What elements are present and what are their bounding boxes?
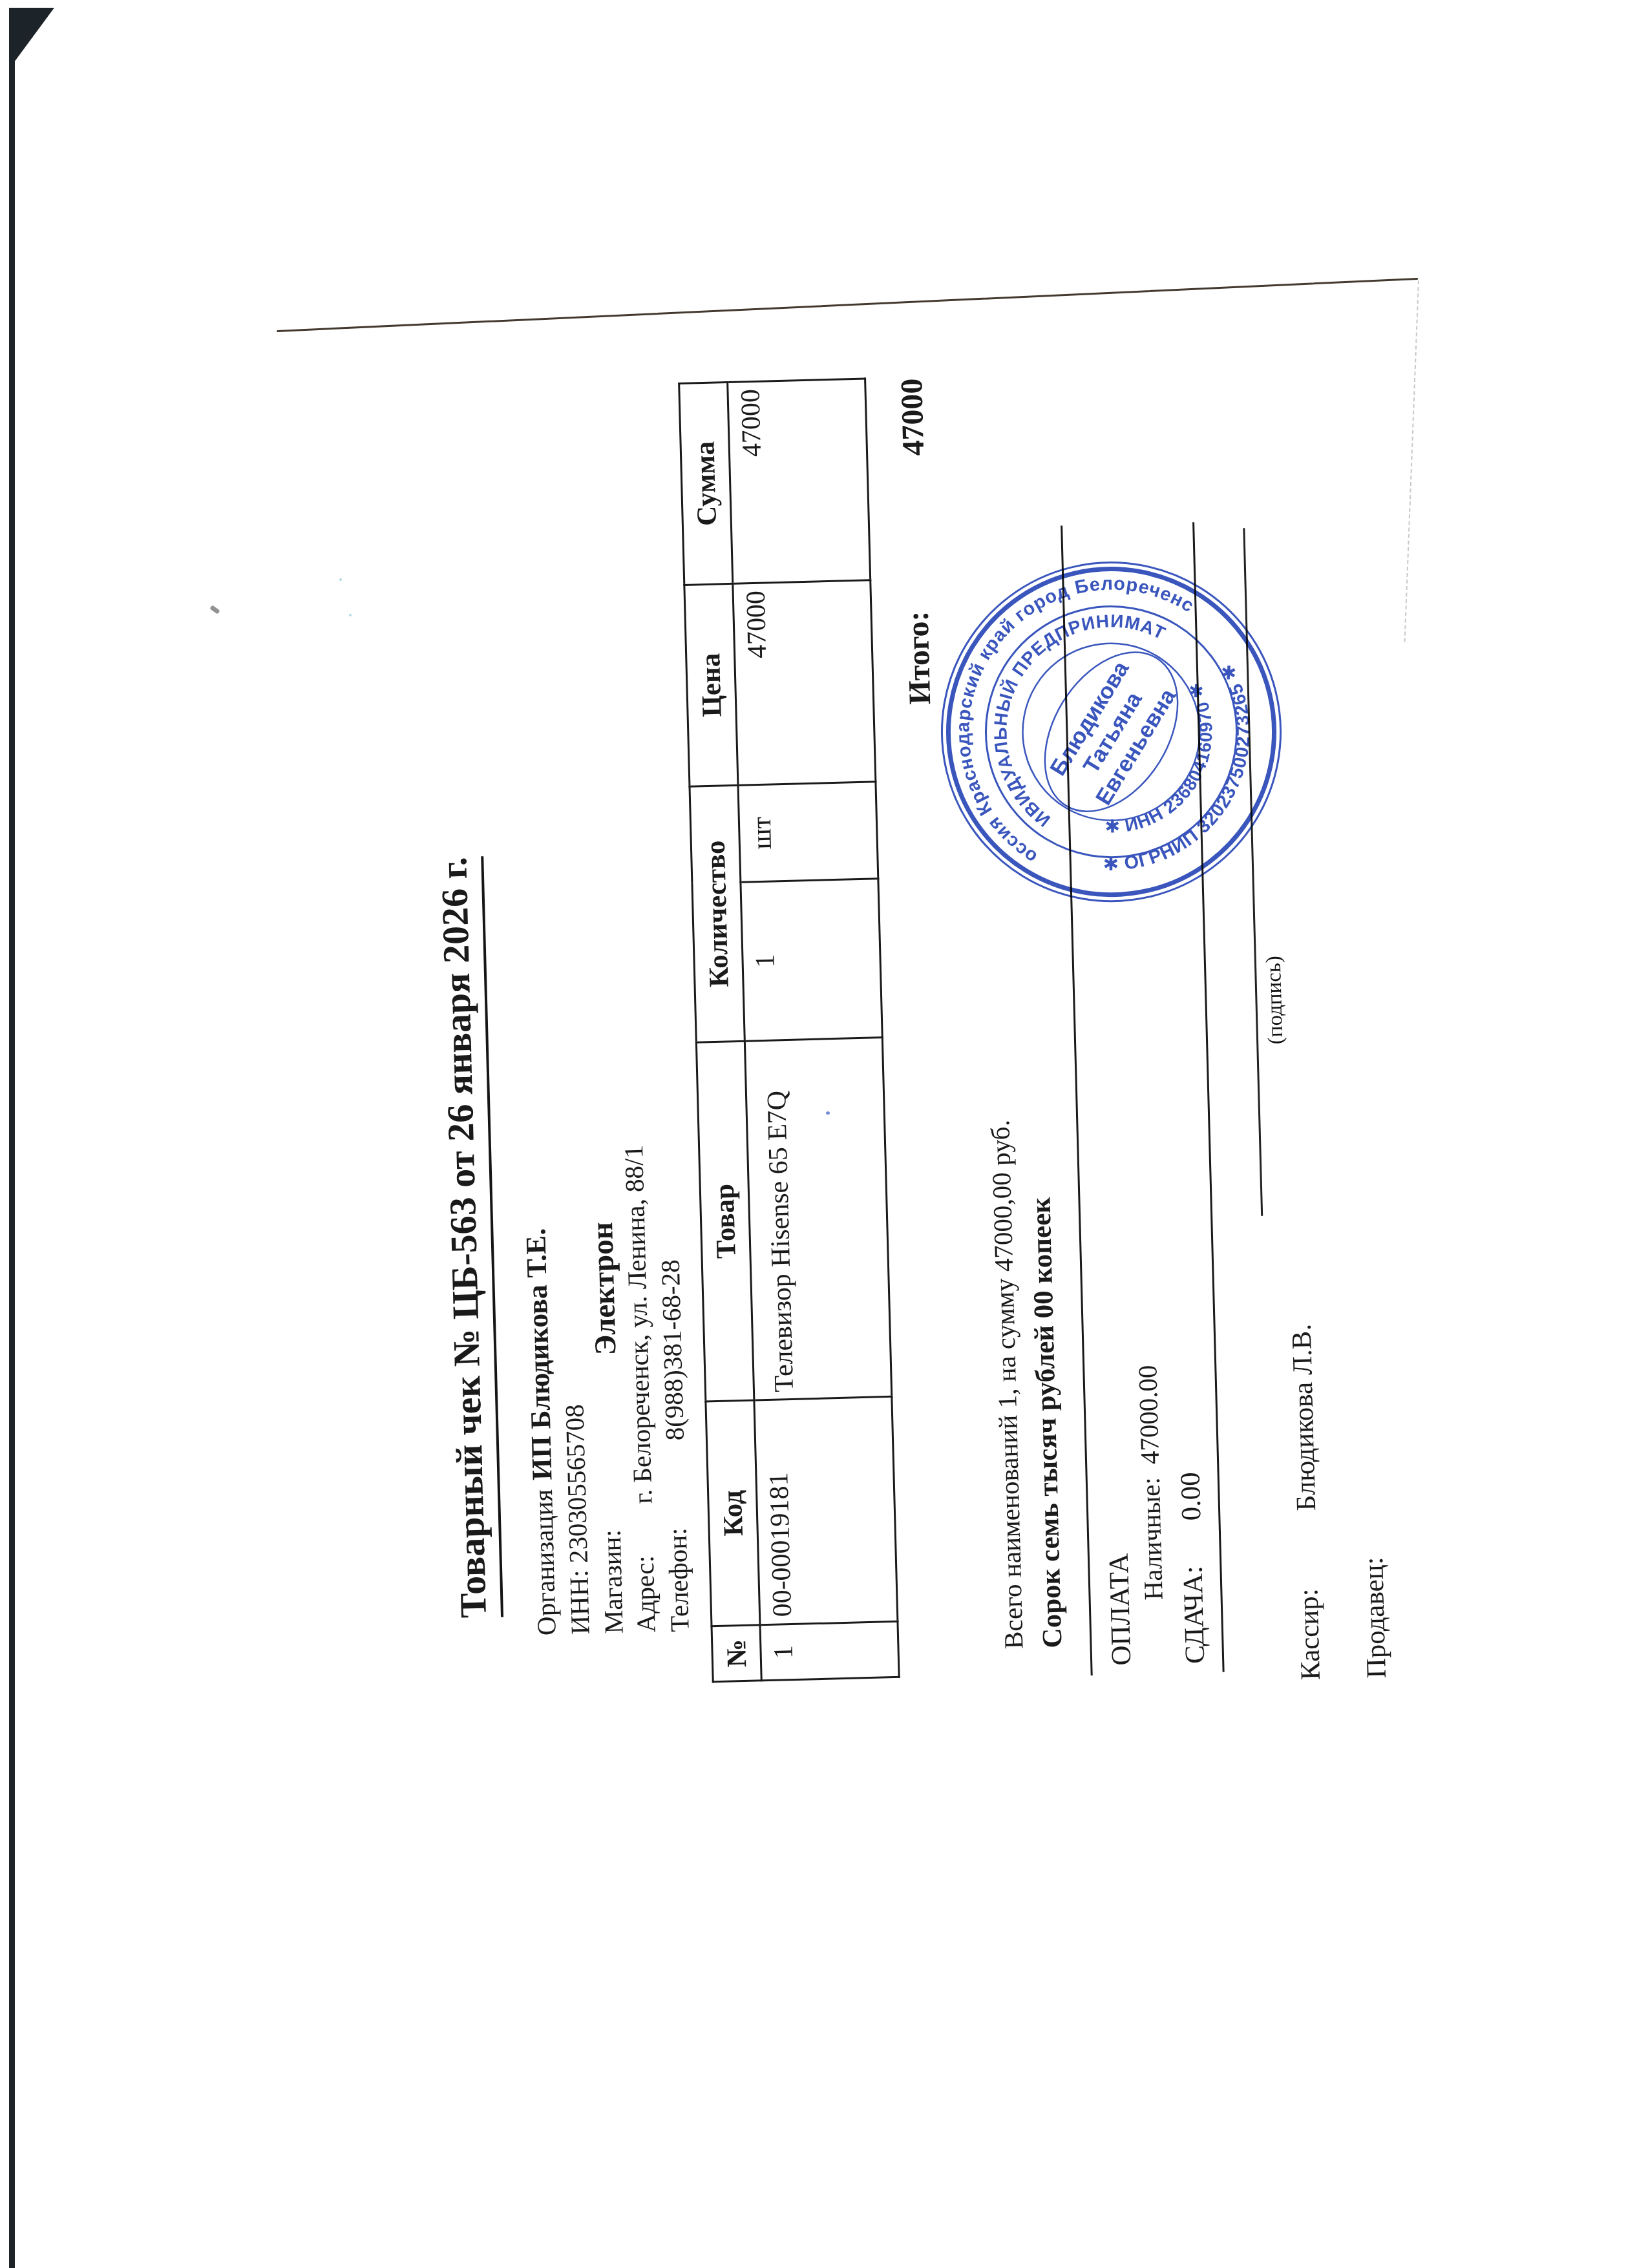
col-header-qty: Количество	[690, 785, 745, 1042]
change-value: 0.00	[1176, 1472, 1207, 1521]
organization-value: ИП Блюдикова Т.Е.	[520, 1228, 558, 1480]
paper-edge-line	[277, 278, 1418, 332]
cash-line: Наличные:47000.00	[1132, 1365, 1169, 1601]
change-label: СДАЧА:	[1178, 1566, 1210, 1664]
cell-sum: 47000	[728, 379, 871, 583]
payment-header: ОПЛАТА	[1103, 1553, 1138, 1666]
seller-line: Продавец:	[1358, 1557, 1393, 1679]
cell-unit: шт	[738, 782, 878, 883]
scanner-edge-wedge	[14, 8, 54, 62]
phone-line: Телефон:8(988)381-68-28	[655, 1259, 695, 1632]
organization-label: Организация	[528, 1489, 562, 1635]
scanner-edge-shadow	[9, 8, 15, 2268]
items-table: № Код Товар Количество Цена Сумма 1 00-0…	[678, 377, 900, 1683]
change-line: СДАЧА:0.00	[1175, 1472, 1212, 1664]
shop-value: Электрон	[586, 1222, 622, 1356]
cell-product: Телевизор Hisense 65 E7Q	[745, 1038, 891, 1400]
col-header-sum: Сумма	[679, 383, 733, 585]
col-header-code: Код	[706, 1400, 760, 1626]
itogo-value: 47000	[894, 378, 931, 456]
organization-line: ОрганизацияИП Блюдикова Т.Е.	[519, 1228, 562, 1635]
scan-speck	[339, 578, 342, 581]
cashier-label: Кассир:	[1293, 1588, 1326, 1681]
col-header-price: Цена	[684, 583, 738, 786]
cash-label: Наличные:	[1136, 1477, 1168, 1601]
round-stamp: Россия Краснодарский край город Белорече…	[925, 546, 1296, 917]
cell-code: 00-00019181	[754, 1396, 898, 1624]
shop-label: Магазин:	[597, 1529, 629, 1634]
cash-value: 47000.00	[1132, 1365, 1165, 1465]
cell-num: 1	[760, 1621, 899, 1681]
pencil-mark	[209, 605, 220, 614]
amount-in-words: Сорок семь тысяч рублей 00 копеек	[1025, 1197, 1068, 1648]
receipt-document: Товарный чек № ЦБ-563 от 26 января 2026 …	[414, 333, 1457, 1716]
scanned-receipt-page: { "doc": { "title": "Товарный чек № ЦБ-5…	[0, 0, 1648, 2268]
col-header-num: №	[712, 1625, 761, 1682]
phone-value: 8(988)381-68-28	[655, 1259, 690, 1441]
col-header-product: Товар	[696, 1041, 754, 1402]
cell-price: 47000	[733, 580, 876, 785]
cashier-name: Блюдикова Л.В.	[1287, 1323, 1322, 1511]
receipt-title: Товарный чек № ЦБ-563 от 26 января 2026 …	[432, 856, 503, 1619]
total-items-line: Всего наименований 1, на сумму 47000,00 …	[984, 1120, 1029, 1650]
cashier-line: Кассир:Блюдикова Л.В.	[1286, 1323, 1327, 1680]
cell-qty: 1	[741, 879, 882, 1041]
scan-speck	[349, 614, 352, 616]
stamp-graphic: Россия Краснодарский край город Белорече…	[925, 546, 1296, 917]
address-label: Адрес:	[629, 1555, 661, 1633]
phone-label: Телефон:	[662, 1528, 695, 1632]
signature-caption: (подпись)	[1262, 956, 1289, 1045]
